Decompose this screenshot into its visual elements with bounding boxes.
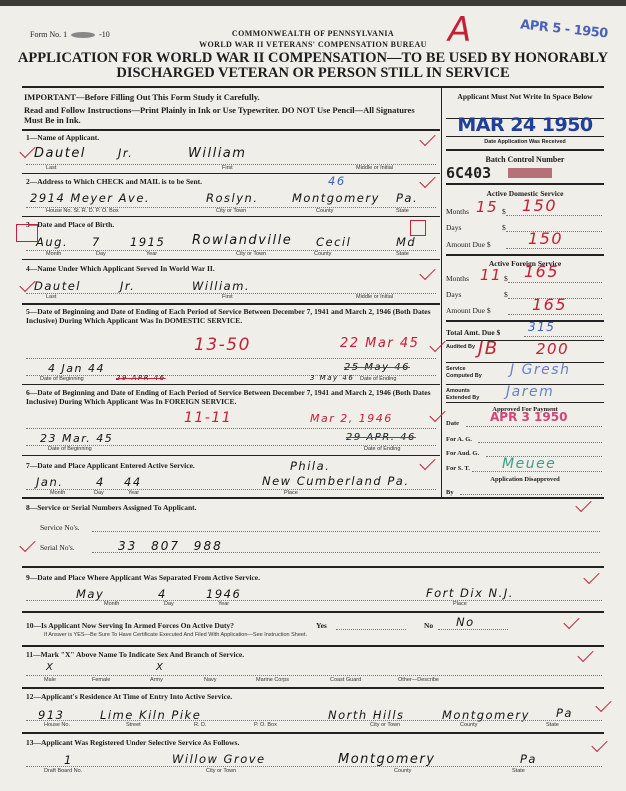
mail-street[interactable]: 2914 Meyer Ave. bbox=[30, 191, 150, 205]
entered-day[interactable]: 4 bbox=[96, 475, 105, 489]
sub-place: Place bbox=[453, 601, 467, 607]
draft-county[interactable]: Montgomery bbox=[338, 752, 435, 767]
ag-label: For A. G. bbox=[446, 436, 472, 443]
domestic-computed: 13-50 bbox=[194, 335, 251, 355]
domestic-amount-label: Amount Due $ bbox=[446, 240, 491, 249]
disapproved-label: Application Disapproved bbox=[446, 476, 604, 483]
audited-label: Audited By bbox=[446, 344, 476, 351]
received-stamp: MAR 24 1950 bbox=[446, 114, 604, 136]
foreign-end-corrected: Mar 2, 1946 bbox=[310, 412, 393, 425]
entered-month[interactable]: Jan. bbox=[36, 475, 63, 489]
sub-city: City or Town bbox=[370, 722, 400, 728]
sub-day: Day bbox=[164, 601, 174, 607]
section-1-label: 1—Name of Applicant. bbox=[26, 133, 99, 142]
total-amount: 315 bbox=[528, 320, 555, 334]
sub-year: Year bbox=[128, 490, 139, 496]
active-yes-field[interactable] bbox=[336, 629, 406, 630]
instructions-read: Read and Follow Instructions—Print Plain… bbox=[24, 105, 434, 125]
separated-place[interactable]: Fort Dix N.J. bbox=[426, 586, 514, 600]
section-4-label: 4—Name Under Which Applicant Served In W… bbox=[26, 264, 215, 273]
check-icon bbox=[419, 264, 435, 280]
office-column-divider bbox=[441, 86, 442, 497]
section-7-label: 7—Date and Place Applicant Entered Activ… bbox=[26, 461, 195, 470]
sub-county: County bbox=[460, 722, 477, 728]
review-box-mark bbox=[410, 220, 426, 236]
domestic-amount: 150 bbox=[528, 229, 563, 248]
sub-state: State bbox=[512, 768, 525, 774]
audited-note: 200 bbox=[536, 340, 569, 358]
sub-state: State bbox=[546, 722, 559, 728]
section-10-label: 10—Is Applicant Now Serving In Armed For… bbox=[26, 621, 234, 630]
sub-begin: Date of Beginning bbox=[40, 376, 84, 382]
draft-board-no[interactable]: 1 bbox=[64, 753, 73, 767]
sub-last: Last bbox=[46, 165, 56, 171]
check-icon bbox=[595, 696, 611, 712]
option-coast-guard[interactable]: Coast Guard bbox=[330, 677, 361, 683]
st-signature: Meuee bbox=[502, 456, 556, 472]
birth-city[interactable]: Rowlandville bbox=[192, 233, 292, 248]
sub-middle: Middle or Initial bbox=[356, 165, 393, 171]
option-army[interactable]: Army bbox=[150, 677, 163, 683]
entered-year[interactable]: 44 bbox=[124, 475, 142, 489]
section-8-label: 8—Service or Serial Numbers Assigned To … bbox=[26, 503, 197, 512]
domestic-begin[interactable]: 4 Jan 44 bbox=[48, 362, 105, 375]
foreign-months-label: Months bbox=[446, 274, 469, 283]
sub-middle: Middle or Initial bbox=[356, 294, 393, 300]
applicant-suffix[interactable]: Jr. bbox=[118, 146, 133, 160]
check-icon bbox=[419, 172, 435, 188]
sub-county: County bbox=[314, 251, 331, 257]
sub-city: City or Town bbox=[216, 208, 246, 214]
sub-house: House No. bbox=[44, 722, 70, 728]
instructions-important: IMPORTANT—Before Filling Out This Form S… bbox=[24, 92, 260, 102]
mail-county[interactable]: Montgomery bbox=[292, 191, 380, 205]
residence-state[interactable]: Pa bbox=[556, 706, 573, 720]
reviewer-mark: A bbox=[448, 10, 471, 50]
service-no-label: Service No's. bbox=[40, 523, 80, 532]
entered-place[interactable]: New Cumberland Pa. bbox=[262, 474, 410, 488]
sub-month: Month bbox=[46, 251, 61, 257]
batch-value: 6C403 bbox=[446, 164, 491, 182]
option-navy[interactable]: Navy bbox=[204, 677, 217, 683]
section-9-label: 9—Date and Place Where Applicant Was Sep… bbox=[26, 573, 260, 582]
sub-city: City or Town bbox=[236, 251, 266, 257]
mark-male[interactable]: X bbox=[46, 662, 54, 673]
section-12-label: 12—Applicant's Residence At Time of Entr… bbox=[26, 692, 232, 701]
domestic-end-struck[interactable]: 25 May 46 bbox=[344, 362, 410, 373]
aud-label: For Aud. G. bbox=[446, 450, 479, 457]
address-note: 46 bbox=[328, 174, 346, 188]
sub-month: Month bbox=[104, 601, 119, 607]
mail-state[interactable]: Pa. bbox=[396, 191, 418, 205]
active-no-value[interactable]: No bbox=[456, 615, 475, 629]
sub-end: Date of Ending bbox=[364, 446, 400, 452]
sub-place: Place bbox=[284, 490, 298, 496]
check-icon bbox=[419, 130, 435, 146]
sub-rd: R. D. bbox=[194, 722, 207, 728]
service-suffix[interactable]: Jr. bbox=[120, 279, 135, 293]
sub-year: Year bbox=[146, 251, 157, 257]
sub-month: Month bbox=[50, 490, 65, 496]
foreign-days-label: Days bbox=[446, 290, 461, 299]
extended-by-signature: Jarem bbox=[506, 384, 554, 400]
birth-county[interactable]: Cecil bbox=[316, 235, 351, 249]
option-female[interactable]: Female bbox=[92, 677, 110, 683]
section-11-label: 11—Mark "X" Above Name To Indicate Sex A… bbox=[26, 650, 244, 659]
batch-label: Batch Control Number bbox=[446, 155, 604, 164]
foreign-amount-label: Amount Due $ bbox=[446, 306, 491, 315]
foreign-amount: 165 bbox=[532, 295, 567, 314]
extended-by-label: Amounts Extended By bbox=[446, 388, 486, 402]
domestic-days-label: Days bbox=[446, 223, 461, 232]
active-no-label: No bbox=[424, 621, 433, 630]
section-5-label: 5—Date of Beginning and Date of Ending o… bbox=[26, 307, 434, 325]
check-icon bbox=[429, 336, 445, 352]
domestic-end-struck-2: 3 May 46 bbox=[310, 374, 354, 382]
sub-city: City or Town bbox=[206, 768, 236, 774]
sub-street: Street bbox=[126, 722, 141, 728]
domestic-begin-struck: 29 APR 46 bbox=[116, 374, 166, 382]
agency-line2: WORLD WAR II VETERANS' COMPENSATION BURE… bbox=[0, 40, 626, 49]
sub-state: State bbox=[396, 251, 409, 257]
form-title-line2: DISCHARGED VETERAN OR PERSON STILL IN SE… bbox=[0, 66, 626, 81]
service-last-name[interactable]: Dautel bbox=[34, 279, 81, 293]
sub-state: State bbox=[396, 208, 409, 214]
mail-city[interactable]: Roslyn. bbox=[206, 191, 258, 205]
birth-state[interactable]: Md bbox=[396, 235, 416, 249]
separated-year[interactable]: 1946 bbox=[206, 587, 241, 601]
total-label: Total Amt. Due $ bbox=[446, 328, 500, 337]
computed-by-signature: J Gresh bbox=[510, 362, 570, 378]
section-2-label: 2—Address to Which CHECK and MAIL is to … bbox=[26, 177, 202, 186]
section-13-label: 13—Applicant Was Registered Under Select… bbox=[26, 738, 239, 747]
date-label: Date bbox=[446, 420, 459, 427]
check-icon bbox=[19, 536, 35, 552]
service-no-field[interactable] bbox=[92, 531, 600, 532]
separated-month[interactable]: May bbox=[76, 587, 104, 601]
domestic-months-label: Months bbox=[446, 207, 469, 216]
sub-begin: Date of Beginning bbox=[48, 446, 92, 452]
sub-end: Date of Ending bbox=[360, 376, 396, 382]
option-male[interactable]: Male bbox=[44, 677, 56, 683]
application-form: Form No. 1 -10 COMMONWEALTH OF PENNSYLVA… bbox=[0, 0, 626, 791]
sub-day: Day bbox=[96, 251, 106, 257]
computed-by-label: Service Computed By bbox=[446, 366, 486, 380]
birth-year[interactable]: 1915 bbox=[130, 235, 165, 249]
foreign-end-struck[interactable]: 29 APR. 46 bbox=[346, 432, 416, 443]
foreign-months-amount: 165 bbox=[524, 262, 559, 281]
check-icon bbox=[563, 613, 579, 629]
sub-street: House No. St. R. D. P. O. Box bbox=[46, 208, 119, 214]
mark-army[interactable]: X bbox=[156, 662, 164, 673]
draft-state[interactable]: Pa bbox=[520, 752, 537, 766]
applicant-first-name[interactable]: William bbox=[188, 146, 246, 161]
review-box-mark bbox=[16, 224, 38, 242]
section-3-label: 3—Date and Place of Birth. bbox=[26, 220, 114, 229]
sub-po-box: P. O. Box bbox=[254, 722, 277, 728]
serial-no-label: Serial No's. bbox=[40, 543, 75, 552]
birth-month[interactable]: Aug. bbox=[36, 235, 68, 249]
check-icon bbox=[577, 646, 593, 662]
section-10-note: If Answer is YES—Be Sure To Have Certifi… bbox=[44, 632, 307, 638]
by-label: By bbox=[446, 489, 454, 496]
option-other[interactable]: Other—Describe bbox=[398, 677, 439, 683]
birth-day[interactable]: 7 bbox=[92, 235, 101, 249]
sub-county: County bbox=[394, 768, 411, 774]
entered-place-line1[interactable]: Phila. bbox=[290, 459, 330, 473]
check-icon bbox=[591, 736, 607, 752]
foreign-months: 11 bbox=[480, 266, 502, 284]
applicant-last-name[interactable]: Dautel bbox=[34, 146, 86, 161]
serial-no-value[interactable]: 33 807 988 bbox=[118, 539, 223, 553]
audited-value: JB bbox=[478, 338, 499, 359]
received-label: Date Application Was Received bbox=[446, 139, 604, 145]
draft-city[interactable]: Willow Grove bbox=[172, 752, 266, 766]
section-6-label: 6—Date of Beginning and Date of Ending o… bbox=[26, 388, 434, 406]
sub-first: First bbox=[222, 165, 233, 171]
separated-day[interactable]: 4 bbox=[158, 587, 167, 601]
option-marine-corps[interactable]: Marine Corps bbox=[256, 677, 289, 683]
st-label: For S. T. bbox=[446, 465, 470, 472]
foreign-begin[interactable]: 23 Mar. 45 bbox=[40, 432, 113, 445]
domestic-months: 15 bbox=[476, 198, 498, 216]
form-title-line1: APPLICATION FOR WORLD WAR II COMPENSATIO… bbox=[0, 51, 626, 66]
check-icon bbox=[583, 568, 599, 584]
foreign-computed: 11-11 bbox=[184, 410, 232, 426]
sub-last: Last bbox=[46, 294, 56, 300]
sub-county: County bbox=[316, 208, 333, 214]
office-heading: Applicant Must Not Write In Space Below bbox=[446, 92, 604, 101]
service-first-name[interactable]: William. bbox=[192, 279, 250, 293]
domestic-months-amount: 150 bbox=[522, 196, 557, 215]
check-icon bbox=[429, 406, 445, 422]
batch-struck-out bbox=[508, 168, 552, 178]
check-icon bbox=[419, 454, 435, 470]
scan-border bbox=[0, 0, 626, 6]
domestic-end-corrected: 22 Mar 45 bbox=[340, 336, 419, 351]
active-yes-label: Yes bbox=[316, 621, 327, 630]
sub-day: Day bbox=[94, 490, 104, 496]
approved-stamp: APR 3 1950 bbox=[490, 410, 567, 424]
sub-year: Year bbox=[218, 601, 229, 607]
sub-board: Draft Board No. bbox=[44, 768, 82, 774]
sub-first: First bbox=[222, 294, 233, 300]
